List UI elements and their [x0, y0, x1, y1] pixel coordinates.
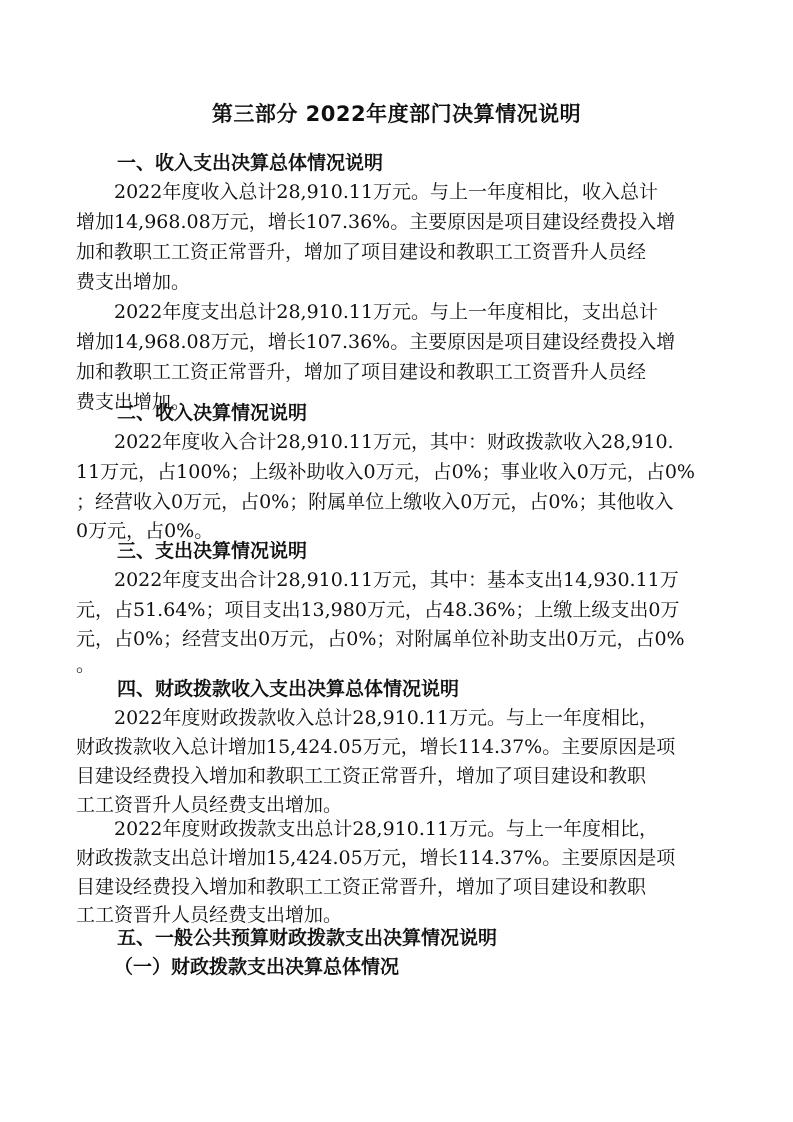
- paragraph-line: 。: [76, 650, 95, 680]
- paragraph-line: 2022年度支出合计28,910.11万元，其中：基本支出14,930.11万: [114, 565, 679, 595]
- paragraph-line: 2022年度支出总计28,910.11万元。与上一年度相比，支出总计: [114, 297, 658, 327]
- subsection-heading: （一）财政拨款支出决算总体情况: [114, 952, 399, 982]
- section-heading: 五、一般公共预算财政拨款支出决算情况说明: [117, 923, 497, 953]
- text: 2022年度收入总计28,910.11万元。与上一年度相比，收入总计: [114, 181, 658, 203]
- section-heading: 三、支出决算情况说明: [117, 536, 307, 566]
- paragraph-line: 财政拨款收入总计增加15,424.05万元，增长114.37%。主要原因是项: [76, 732, 675, 762]
- document-page: 第三部分 2022年度部门决算情况说明 一、收入支出决算总体情况说明 2022年…: [0, 0, 793, 1122]
- paragraph-line: 2022年度财政拨款收入总计28,910.11万元。与上一年度相比，: [114, 703, 658, 733]
- section-heading: 一、收入支出决算总体情况说明: [117, 148, 383, 178]
- paragraph-line: 目建设经费投入增加和教职工工资正常晋升，增加了项目建设和教职: [76, 761, 646, 791]
- paragraph-line: 目建设经费投入增加和教职工工资正常晋升，增加了项目建设和教职: [76, 872, 646, 902]
- paragraph-line: 增加14,968.08万元，增长107.36%。主要原因是项目建设经费投入增: [76, 327, 675, 357]
- paragraph-line: 2022年度财政拨款支出总计28,910.11万元。与上一年度相比，: [114, 814, 658, 844]
- paragraph-line: 增加14,968.08万元，增长107.36%。主要原因是项目建设经费投入增: [76, 207, 675, 237]
- paragraph-line: 11万元，占100%；上级补助收入0万元，占0%；事业收入0万元，占0%: [76, 457, 695, 487]
- paragraph-line: ；经营收入0万元，占0%；附属单位上缴收入0万元，占0%；其他收入: [76, 487, 673, 517]
- paragraph-line: 加和教职工工资正常晋升，增加了项目建设和教职工工资晋升人员经: [76, 357, 646, 387]
- paragraph-line: 元，占0%；经营支出0万元，占0%；对附属单位补助支出0万元，占0%: [76, 624, 685, 654]
- paragraph-line: 加和教职工工资正常晋升，增加了项目建设和教职工工资晋升人员经: [76, 237, 646, 267]
- paragraph-line: 费支出增加。: [76, 267, 190, 297]
- paragraph-line: 元，占51.64%；项目支出13,980万元，占48.36%；上缴上级支出0万: [76, 595, 679, 625]
- paragraph-line: 2022年度收入总计28,910.11万元。与上一年度相比，收入总计: [114, 177, 658, 207]
- section-heading: 二、收入决算情况说明: [117, 398, 307, 428]
- paragraph-line: 2022年度收入合计28,910.11万元，其中：财政拨款收入28,910.: [114, 427, 674, 457]
- page-title: 第三部分 2022年度部门决算情况说明: [0, 98, 793, 128]
- paragraph-line: 财政拨款支出总计增加15,424.05万元，增长114.37%。主要原因是项: [76, 843, 675, 873]
- section-heading: 四、财政拨款收入支出决算总体情况说明: [117, 674, 459, 704]
